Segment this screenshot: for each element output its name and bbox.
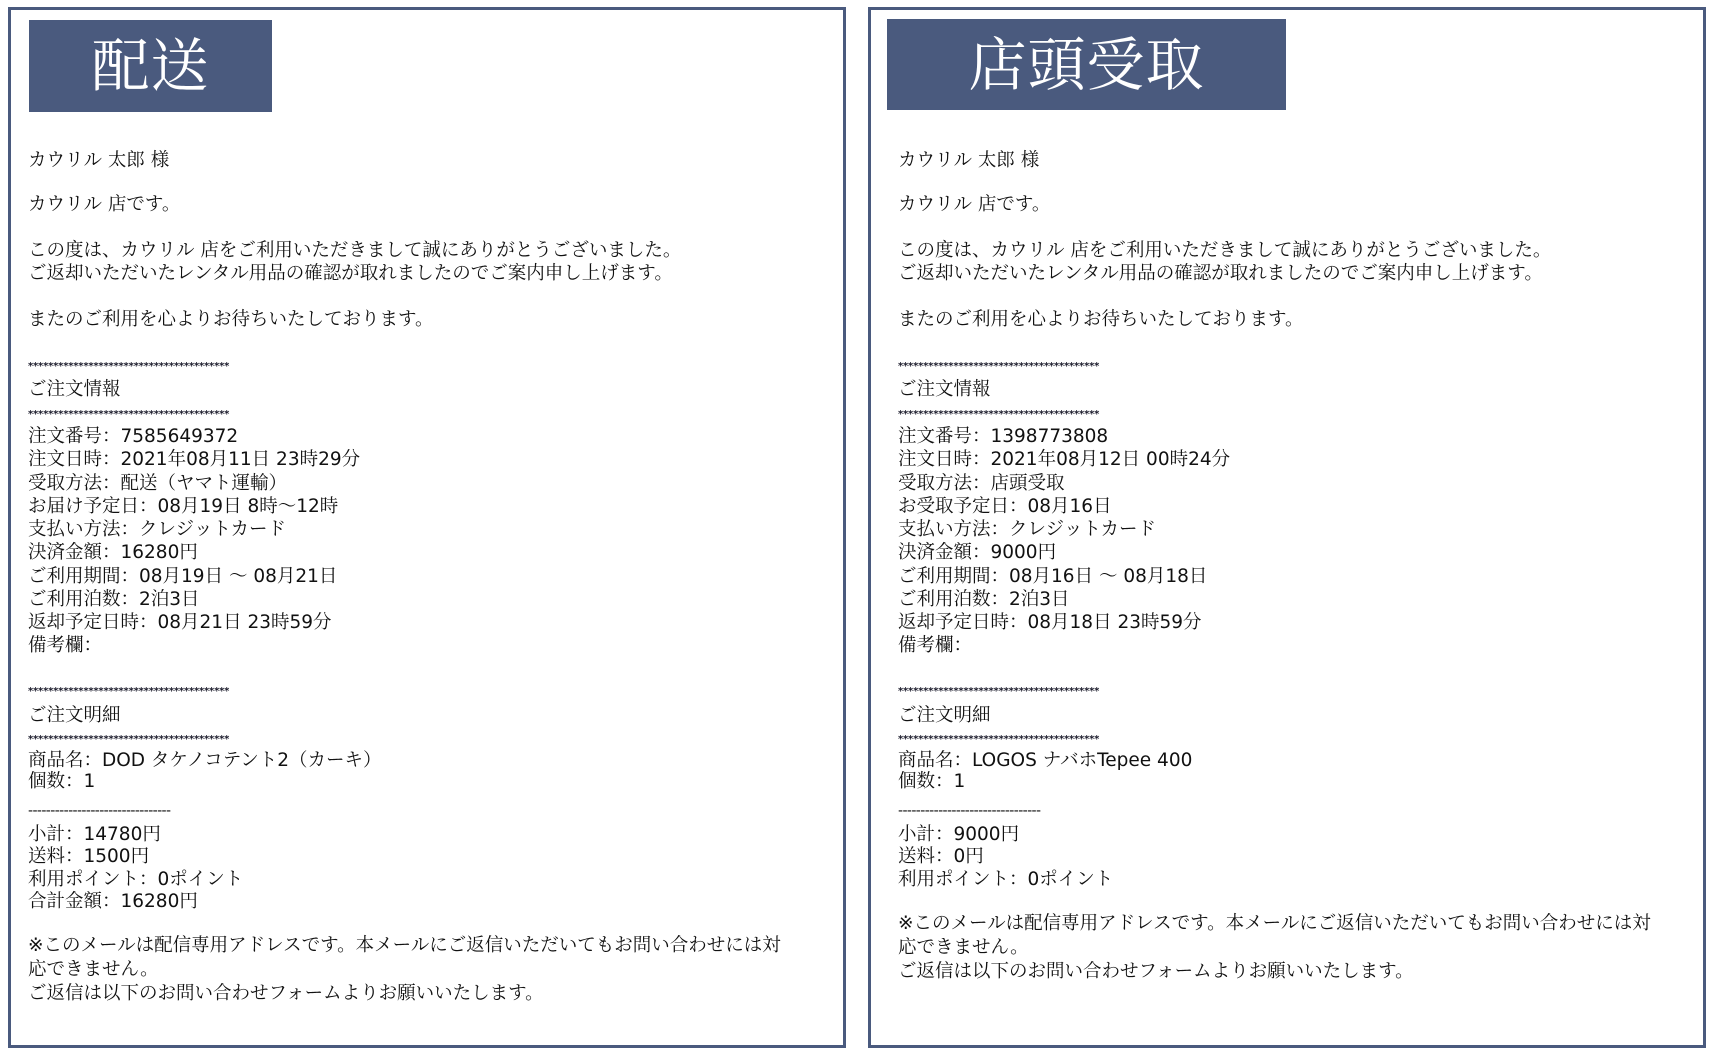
star-separator: **************************************** — [28, 409, 229, 421]
delivery-date: お届け予定日：08月19日 8時〜12時 — [28, 496, 338, 518]
quantity: 個数：1 — [28, 771, 95, 793]
notice-line-3: ご返信は以下のお問い合わせフォームよりお願いいたします。 — [28, 983, 544, 1005]
shipping-fee: 送料：1500円 — [28, 846, 149, 868]
subtotal: 小計：9000円 — [898, 824, 1019, 846]
rental-period: ご利用期間：08月19日 〜 08月21日 — [28, 566, 337, 588]
star-separator: **************************************** — [28, 361, 229, 373]
payment-amount: 決済金額：9000円 — [898, 542, 1056, 564]
payment-amount: 決済金額：16280円 — [28, 542, 198, 564]
star-separator: **************************************** — [898, 734, 1099, 746]
dash-separator: -------------------------------- — [28, 805, 170, 817]
rental-period: ご利用期間：08月16日 〜 08月18日 — [898, 566, 1207, 588]
used-points: 利用ポイント：0ポイント — [898, 869, 1113, 891]
payment-method: 支払い方法：クレジットカード — [28, 519, 286, 541]
order-info-title: ご注文情報 — [28, 379, 121, 401]
greeting-name: カウリル 太郎 様 — [28, 150, 169, 172]
used-points: 利用ポイント：0ポイント — [28, 869, 243, 891]
notice-line-2: 応できません。 — [898, 937, 1029, 959]
order-detail-title: ご注文明細 — [898, 705, 991, 727]
dash-separator: -------------------------------- — [898, 805, 1040, 817]
shop-intro: カウリル 店です。 — [28, 194, 180, 216]
remarks: 備考欄： — [898, 635, 972, 657]
order-datetime: 注文日時：2021年08月12日 00時24分 — [898, 449, 1230, 471]
closing-line: またのご利用を心よりお待ちいたしております。 — [898, 309, 1304, 331]
email-panel-delivery: 配送 カウリル 太郎 様 カウリル 店です。 この度は、カウリル 店をご利用いた… — [8, 7, 846, 1048]
payment-method: 支払い方法：クレジットカード — [898, 519, 1156, 541]
rental-nights: ご利用泊数：2泊3日 — [898, 589, 1070, 611]
receive-method: 受取方法：店頭受取 — [898, 473, 1065, 495]
thanks-line-2: ご返却いただいたレンタル用品の確認が取れましたのでご案内申し上げます。 — [28, 263, 673, 285]
order-number: 注文番号：1398773808 — [898, 426, 1108, 448]
shipping-fee: 送料：0円 — [898, 846, 984, 868]
return-datetime: 返却予定日時：08月21日 23時59分 — [28, 612, 332, 634]
product-name: 商品名：LOGOS ナバホTepee 400 — [898, 750, 1192, 772]
total-amount: 合計金額：16280円 — [28, 891, 198, 913]
closing-line: またのご利用を心よりお待ちいたしております。 — [28, 309, 434, 331]
notice-line-1: ※このメールは配信専用アドレスです。本メールにご返信いただいてもお問い合わせには… — [898, 913, 1651, 935]
delivery-header-badge: 配送 — [29, 20, 272, 112]
subtotal: 小計：14780円 — [28, 824, 161, 846]
greeting-name: カウリル 太郎 様 — [898, 150, 1039, 172]
shop-intro: カウリル 店です。 — [898, 194, 1050, 216]
receive-method: 受取方法：配送（ヤマト運輸） — [28, 473, 287, 495]
star-separator: **************************************** — [28, 686, 229, 698]
order-datetime: 注文日時：2021年08月11日 23時29分 — [28, 449, 360, 471]
order-number: 注文番号：7585649372 — [28, 426, 238, 448]
notice-line-3: ご返信は以下のお問い合わせフォームよりお願いいたします。 — [898, 961, 1414, 983]
order-info-title: ご注文情報 — [898, 379, 991, 401]
notice-line-1: ※このメールは配信専用アドレスです。本メールにご返信いただいてもお問い合わせには… — [28, 935, 781, 957]
star-separator: **************************************** — [898, 361, 1099, 373]
thanks-line-2: ご返却いただいたレンタル用品の確認が取れましたのでご案内申し上げます。 — [898, 263, 1543, 285]
rental-nights: ご利用泊数：2泊3日 — [28, 589, 200, 611]
store-pickup-header-badge: 店頭受取 — [887, 19, 1286, 110]
star-separator: **************************************** — [898, 409, 1099, 421]
notice-line-2: 応できません。 — [28, 959, 159, 981]
star-separator: **************************************** — [28, 734, 229, 746]
star-separator: **************************************** — [898, 686, 1099, 698]
return-datetime: 返却予定日時：08月18日 23時59分 — [898, 612, 1202, 634]
order-detail-title: ご注文明細 — [28, 705, 121, 727]
pickup-date: お受取予定日：08月16日 — [898, 496, 1112, 518]
email-panel-store-pickup: 店頭受取 カウリル 太郎 様 カウリル 店です。 この度は、カウリル 店をご利用… — [868, 7, 1706, 1048]
product-name: 商品名：DOD タケノコテント2（カーキ） — [28, 750, 382, 772]
thanks-line-1: この度は、カウリル 店をご利用いただきまして誠にありがとうございました。 — [28, 240, 681, 262]
quantity: 個数：1 — [898, 771, 965, 793]
thanks-line-1: この度は、カウリル 店をご利用いただきまして誠にありがとうございました。 — [898, 240, 1551, 262]
remarks: 備考欄： — [28, 635, 102, 657]
